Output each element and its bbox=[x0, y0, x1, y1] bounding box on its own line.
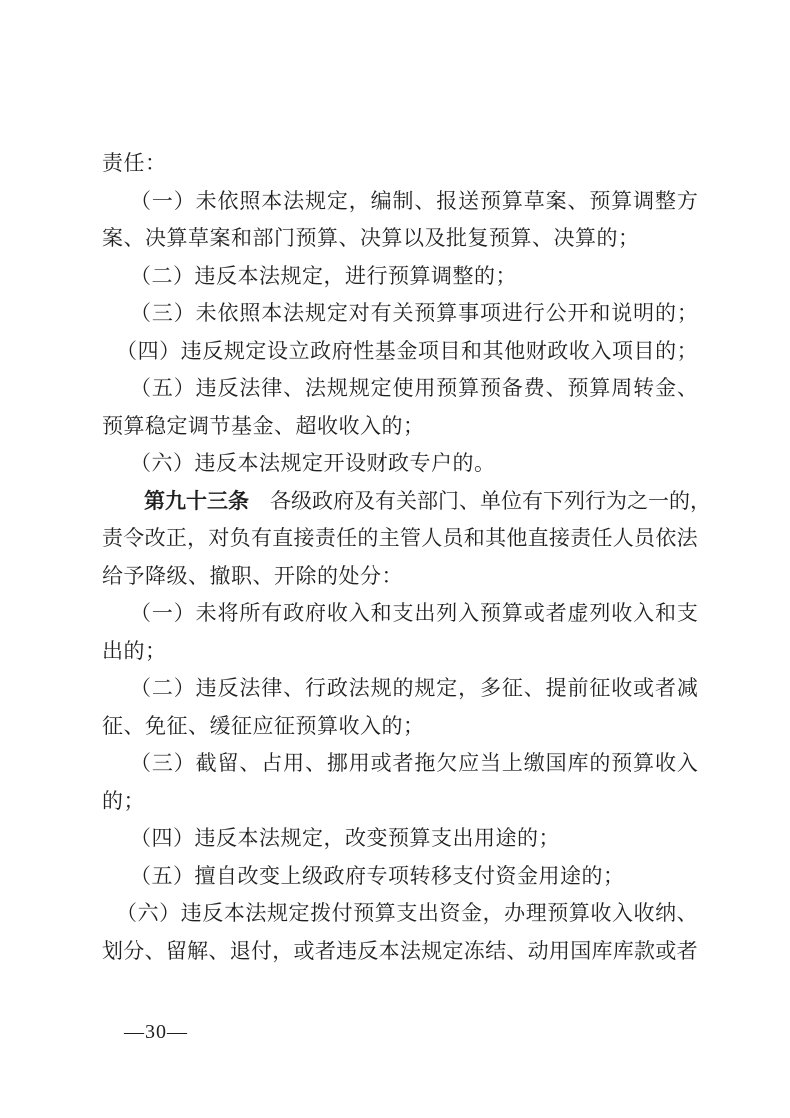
text-line: （五）擅自改变上级政府专项转移支付资金用途的； bbox=[102, 858, 698, 896]
text-line: （三）未依照本法规定对有关预算事项进行公开和说明的； bbox=[102, 295, 698, 333]
text-line: （六）违反本法规定拨付预算支出资金，办理预算收入收纳、 bbox=[102, 895, 698, 933]
text-line: 预算稳定调节基金、超收收入的； bbox=[102, 408, 698, 446]
text-line: （一）未依照本法规定，编制、报送预算草案、预算调整方 bbox=[102, 183, 698, 221]
document-body: 责任：（一）未依照本法规定，编制、报送预算草案、预算调整方案、决算草案和部门预算… bbox=[102, 145, 698, 970]
text-line: 划分、留解、退付，或者违反本法规定冻结、动用国库库款或者 bbox=[102, 933, 698, 971]
text-line: （二）违反本法规定，进行预算调整的； bbox=[102, 258, 698, 296]
article-heading-line: 第九十三条 各级政府及有关部门、单位有下列行为之一的， bbox=[102, 483, 698, 521]
text-line: 责令改正，对负有直接责任的主管人员和其他直接责任人员依法 bbox=[102, 520, 698, 558]
document-page: 责任：（一）未依照本法规定，编制、报送预算草案、预算调整方案、决算草案和部门预算… bbox=[0, 0, 790, 1118]
article-number: 条 bbox=[228, 483, 249, 521]
article-number: 九 bbox=[165, 483, 186, 521]
text-line: （四）违反本法规定，改变预算支出用途的； bbox=[102, 820, 698, 858]
article-number: 十 bbox=[186, 483, 207, 521]
page-number: —30— bbox=[124, 1018, 188, 1046]
text-line: 出的； bbox=[102, 633, 698, 671]
text-line: 责任： bbox=[102, 145, 698, 183]
text-line: （五）违反法律、法规规定使用预算预备费、预算周转金、 bbox=[102, 370, 698, 408]
text-line: 征、免征、缓征应征预算收入的； bbox=[102, 708, 698, 746]
article-number: 三 bbox=[207, 483, 228, 521]
article-number: 第 bbox=[144, 483, 165, 521]
text-line: 的； bbox=[102, 783, 698, 821]
text-line: （三）截留、占用、挪用或者拖欠应当上缴国库的预算收入 bbox=[102, 745, 698, 783]
text-line: （一）未将所有政府收入和支出列入预算或者虚列收入和支 bbox=[102, 595, 698, 633]
text-line: 给予降级、撤职、开除的处分： bbox=[102, 558, 698, 596]
text-line: （四）违反规定设立政府性基金项目和其他财政收入项目的； bbox=[102, 333, 698, 371]
text-line: （六）违反本法规定开设财政专户的。 bbox=[102, 445, 698, 483]
text-line: （二）违反法律、行政法规的规定，多征、提前征收或者减 bbox=[102, 670, 698, 708]
text-line: 案、决算草案和部门预算、决算以及批复预算、决算的； bbox=[102, 220, 698, 258]
